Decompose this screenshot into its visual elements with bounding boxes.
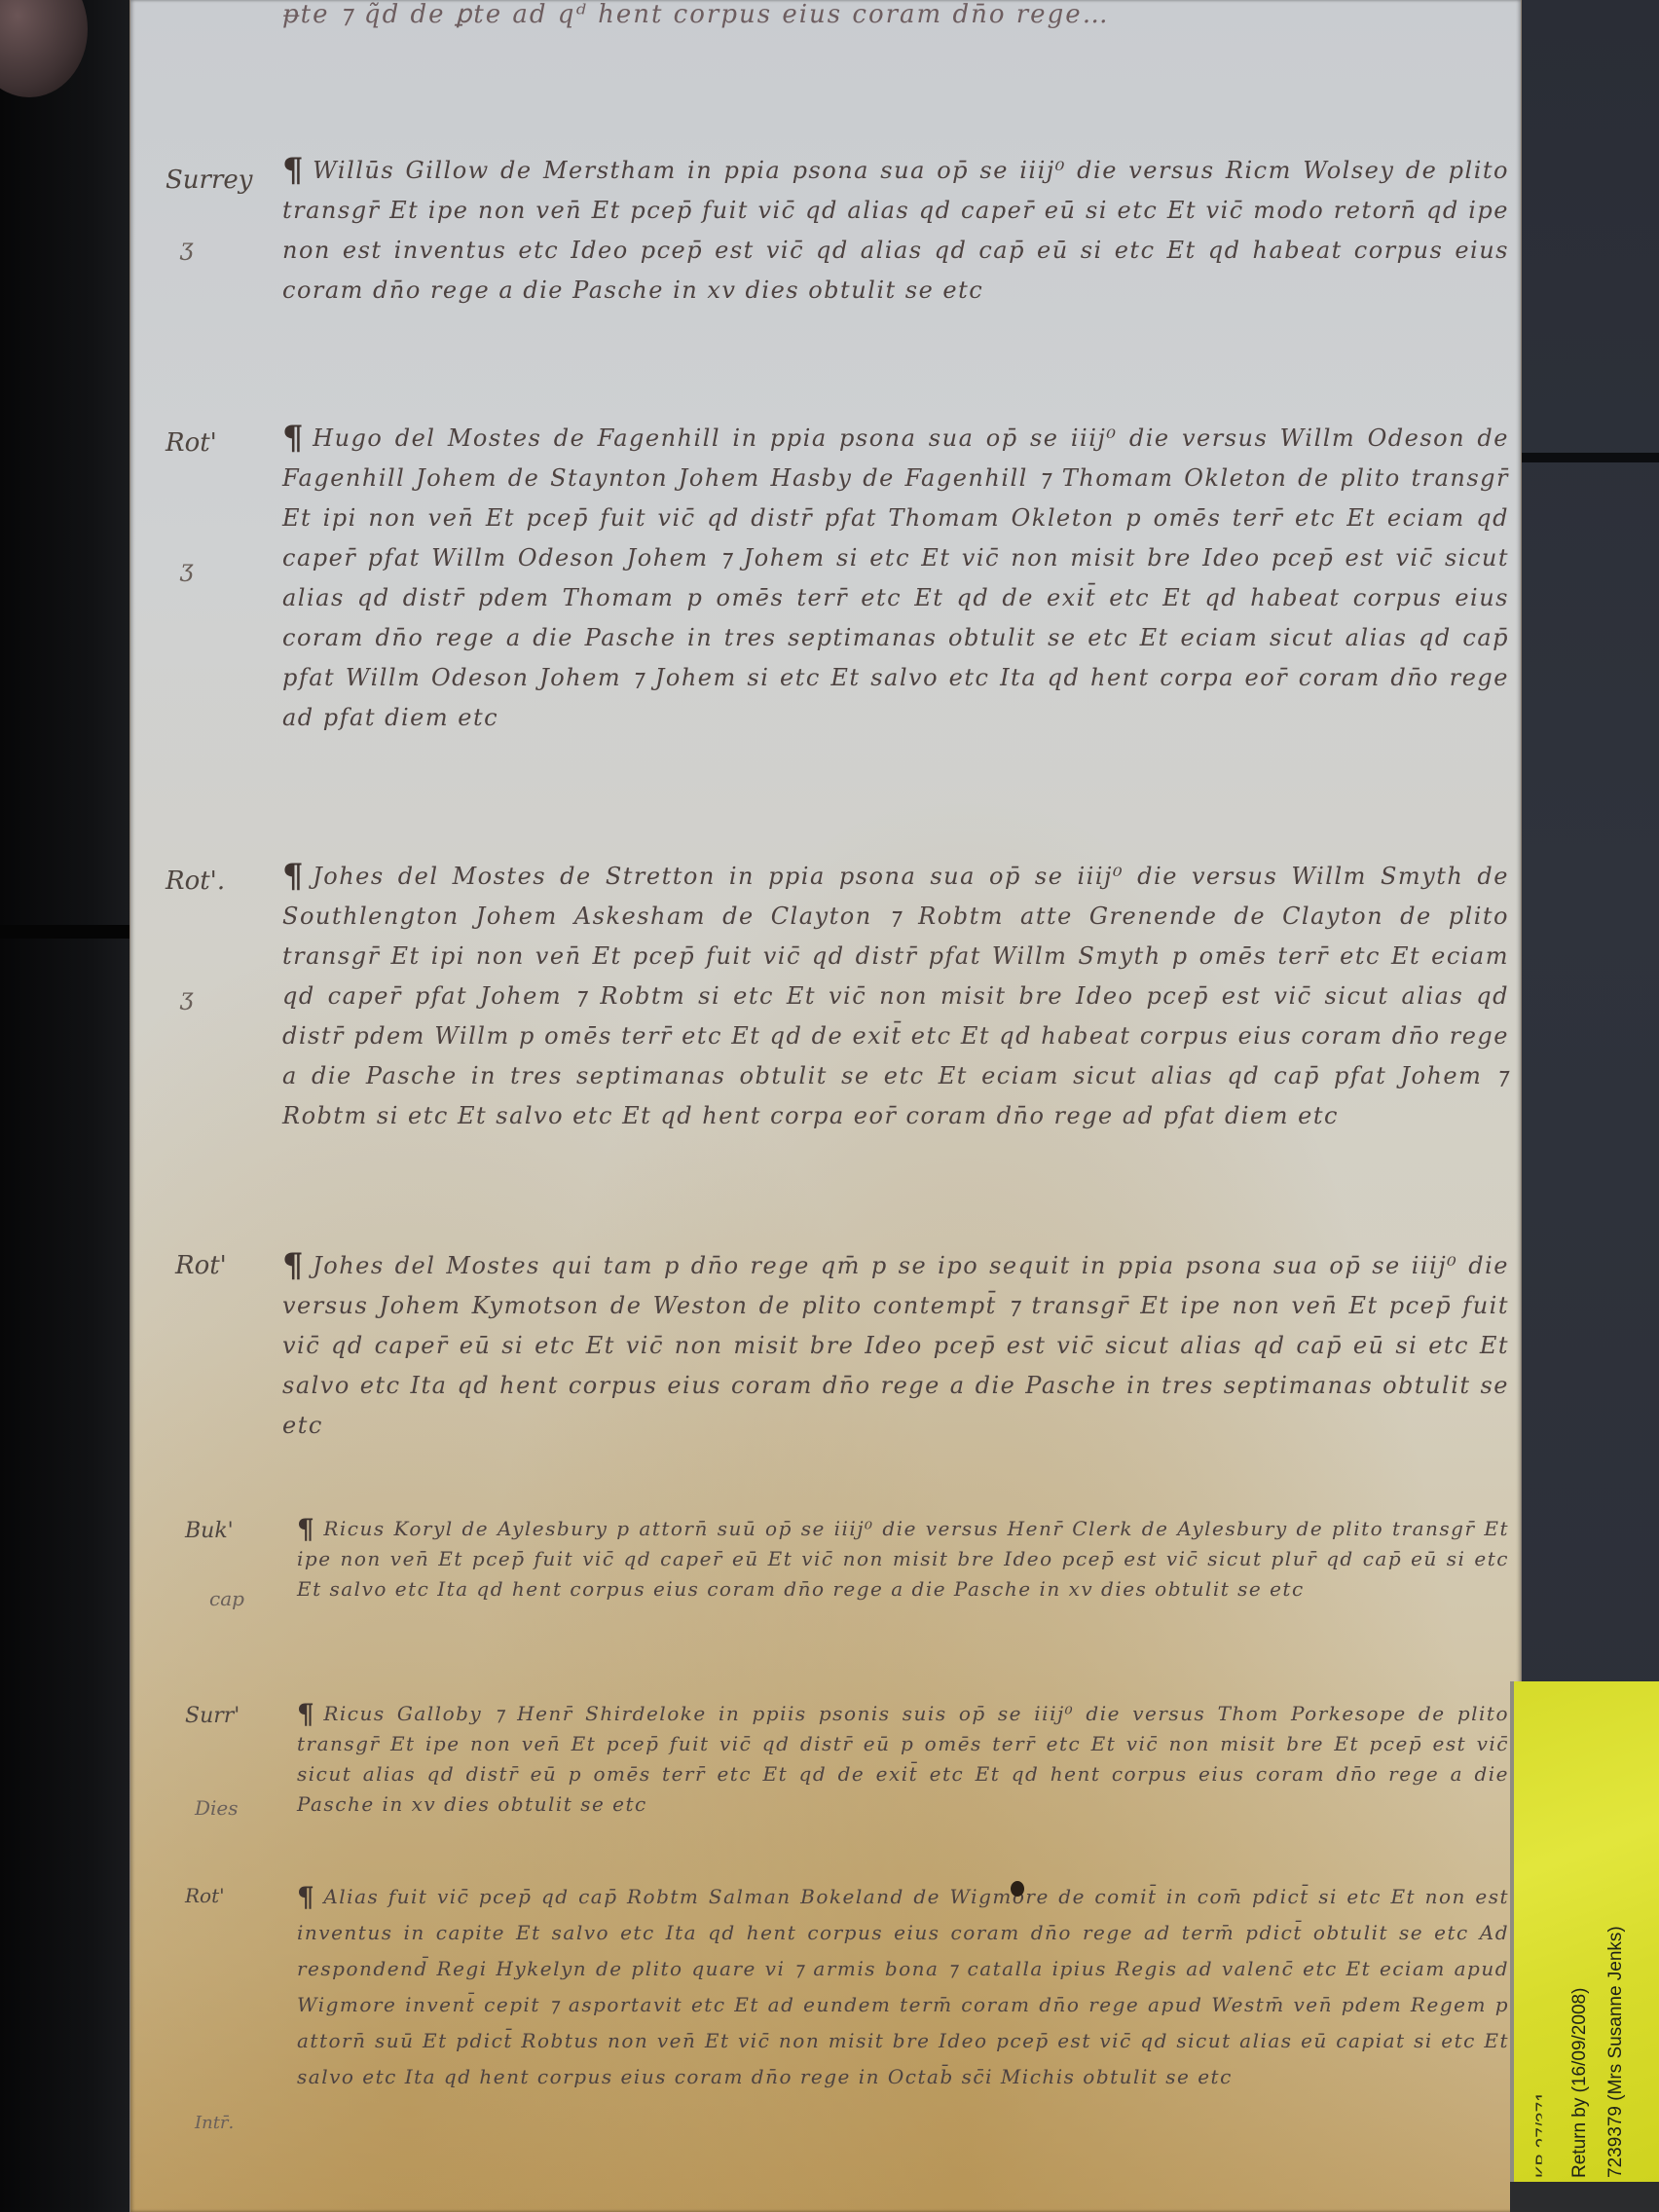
- margin-roll-note: Rot'.: [166, 866, 225, 896]
- margin-mark: ʒ: [180, 555, 194, 582]
- entry-text: ¶Ricus Galloby ⁊ Henr̄ Shirdeloke in ppi…: [297, 1699, 1509, 1820]
- cut-off-text-line: ᵽte ⁊ q̃d de ꝑte ad qᵈ hent corpus eius …: [282, 0, 1451, 29]
- parchment-hole: [1011, 1881, 1024, 1897]
- margin-cap-note: cap: [209, 1587, 244, 1610]
- entry-text: ¶Ricus Koryl de Aylesbury p attorn̄ suū …: [297, 1514, 1509, 1604]
- margin-county-note: Surrey: [166, 166, 253, 195]
- document-production-slip: KB 27/371 Return by (16/09/2008) 7239379…: [1510, 1681, 1659, 2182]
- paragraph-mark-icon: ¶: [282, 1246, 305, 1285]
- margin-roll-note: Rot': [185, 1884, 225, 1907]
- margin-mark: ʒ: [180, 983, 194, 1011]
- entry-text: ¶Hugo del Mostes de Fagenhill in ppia ps…: [282, 419, 1509, 738]
- margin-mark: ʒ: [180, 234, 194, 261]
- margin-roll-note: Rot': [166, 428, 217, 458]
- slip-reference-partial: KB 27/371: [1526, 1691, 1562, 2178]
- slip-text: KB 27/371 Return by (16/09/2008) 7239379…: [1526, 1691, 1634, 2178]
- dark-background-left: [0, 0, 131, 2212]
- paragraph-mark-icon: ¶: [297, 1513, 315, 1545]
- background-edge: [1510, 2182, 1659, 2212]
- margin-intr-note: Intr̄.: [195, 2113, 234, 2133]
- margin-roll-note: Rot': [175, 1251, 227, 1280]
- entry-text: ¶Johes del Mostes qui tam p dn̄o rege qm…: [282, 1246, 1509, 1446]
- margin-county-note: Surr': [185, 1704, 240, 1728]
- slip-return-date: Return by (16/09/2008): [1562, 1691, 1598, 2178]
- paragraph-mark-icon: ¶: [282, 419, 305, 458]
- paragraph-mark-icon: ¶: [282, 151, 305, 190]
- margin-county-note: Buk': [185, 1519, 234, 1543]
- background-edge: [0, 925, 131, 939]
- entry-text: ¶Willūs Gillow de Merstham in ppia psona…: [282, 151, 1509, 311]
- slip-reader-ticket: 7239379 (Mrs Susanne Jenks): [1598, 1691, 1634, 2178]
- margin-dies-note: Dies: [195, 1796, 239, 1820]
- entry-text: ¶Alias fuit vic̄ pcep̄ qd cap̄ Robtm Sal…: [297, 1879, 1509, 2095]
- paragraph-mark-icon: ¶: [297, 1881, 315, 1913]
- background-edge: [1519, 453, 1659, 462]
- entry-text: ¶Johes del Mostes de Stretton in ppia ps…: [282, 857, 1509, 1136]
- paragraph-mark-icon: ¶: [282, 857, 305, 896]
- paragraph-mark-icon: ¶: [297, 1698, 315, 1730]
